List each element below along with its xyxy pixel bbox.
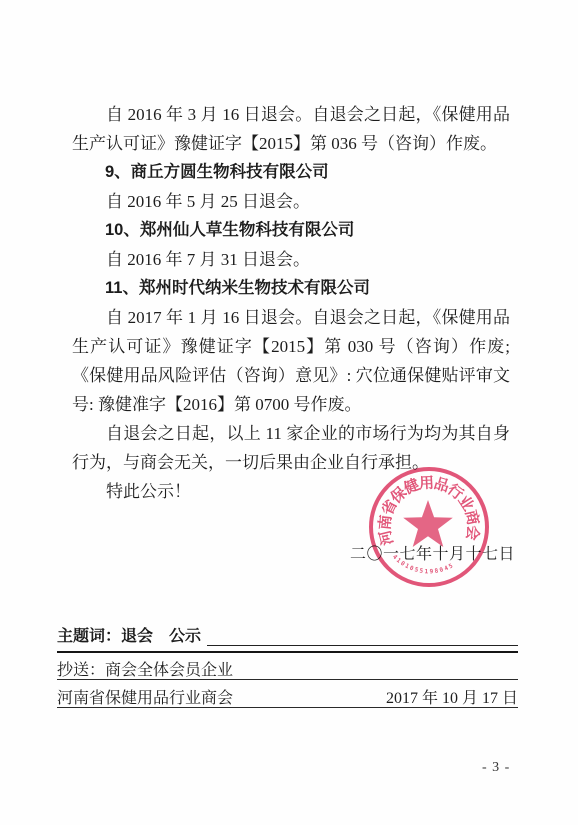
issuer-name: 河南省保健用品行业商会 (57, 685, 233, 704)
paragraph: 9、商丘方圆生物科技有限公司 (72, 158, 510, 187)
page-number: - 3 - (482, 760, 510, 776)
official-seal-icon: 河南省保健用品行业商会 4101055198045 (364, 462, 494, 592)
subject-underline (207, 629, 518, 646)
document-page: 自 2016 年 3 月 16 日退会。自退会之日起，《保健用品生产认可证》豫健… (0, 0, 578, 825)
document-footer: 主题词：退会 公示 抄送：商会全体会员企业 河南省保健用品行业商会 2017 年… (57, 627, 518, 708)
subject-row: 主题词：退会 公示 (57, 627, 518, 646)
paragraph: 自 2016 年 5 月 25 日退会。 (72, 187, 510, 216)
cc-line: 抄送：商会全体会员企业 (57, 653, 518, 679)
paragraph: 自 2017 年 1 月 16 日退会。自退会之日起，《保健用品生产认可证》豫健… (72, 303, 510, 419)
issue-date: 2017 年 10 月 17 日 (386, 685, 518, 704)
paragraph: 自 2016 年 7 月 31 日退会。 (72, 245, 510, 274)
seal-code-text: 4101055198045 (391, 554, 456, 576)
footer-rule-3 (57, 707, 518, 708)
issuer-row: 河南省保健用品行业商会 2017 年 10 月 17 日 (57, 680, 518, 707)
body-text: 自 2016 年 3 月 16 日退会。自退会之日起，《保健用品生产认可证》豫健… (72, 100, 510, 506)
star-icon (403, 500, 453, 547)
subject-keywords: 主题词：退会 公示 (57, 623, 201, 646)
seal-code-label: 4101055198045 (391, 554, 456, 576)
paragraph: 10、郑州仙人草生物科技有限公司 (72, 216, 510, 245)
paragraph: 11、郑州时代纳米生物技术有限公司 (72, 274, 510, 303)
paragraph: 自 2016 年 3 月 16 日退会。自退会之日起，《保健用品生产认可证》豫健… (72, 100, 510, 158)
